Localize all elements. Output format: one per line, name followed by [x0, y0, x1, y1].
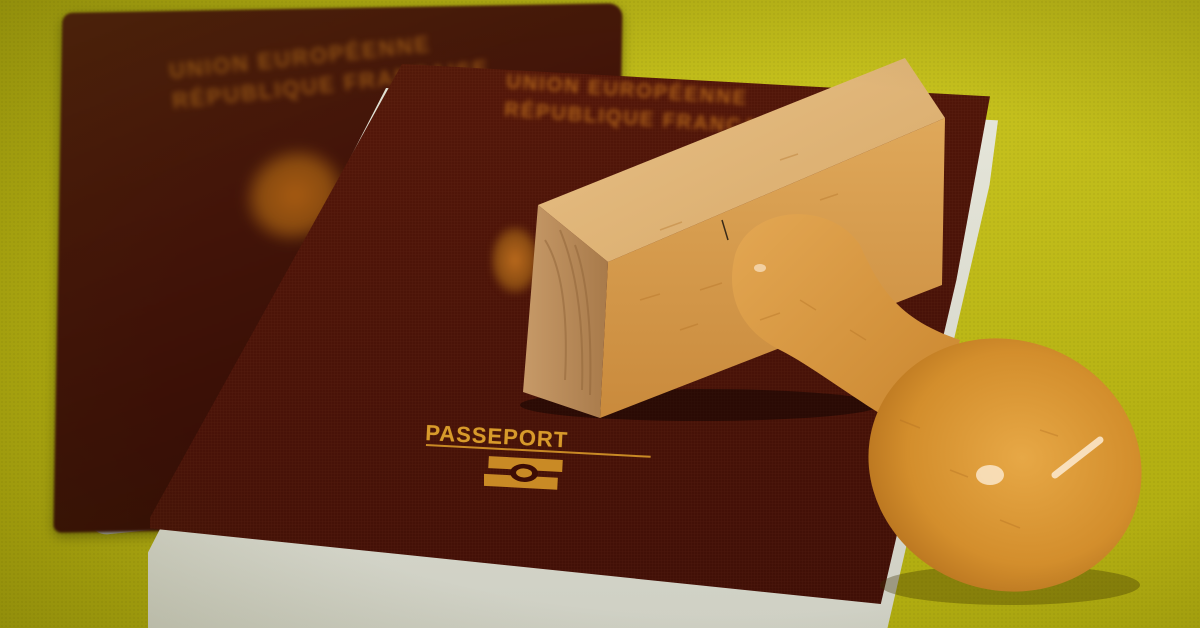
coat-of-arms-icon: [490, 225, 540, 295]
photo-scene: UNION EUROPÉENNE RÉPUBLIQUE FRANÇAISE UN…: [0, 0, 1200, 628]
biometric-chip-icon: [484, 456, 566, 492]
